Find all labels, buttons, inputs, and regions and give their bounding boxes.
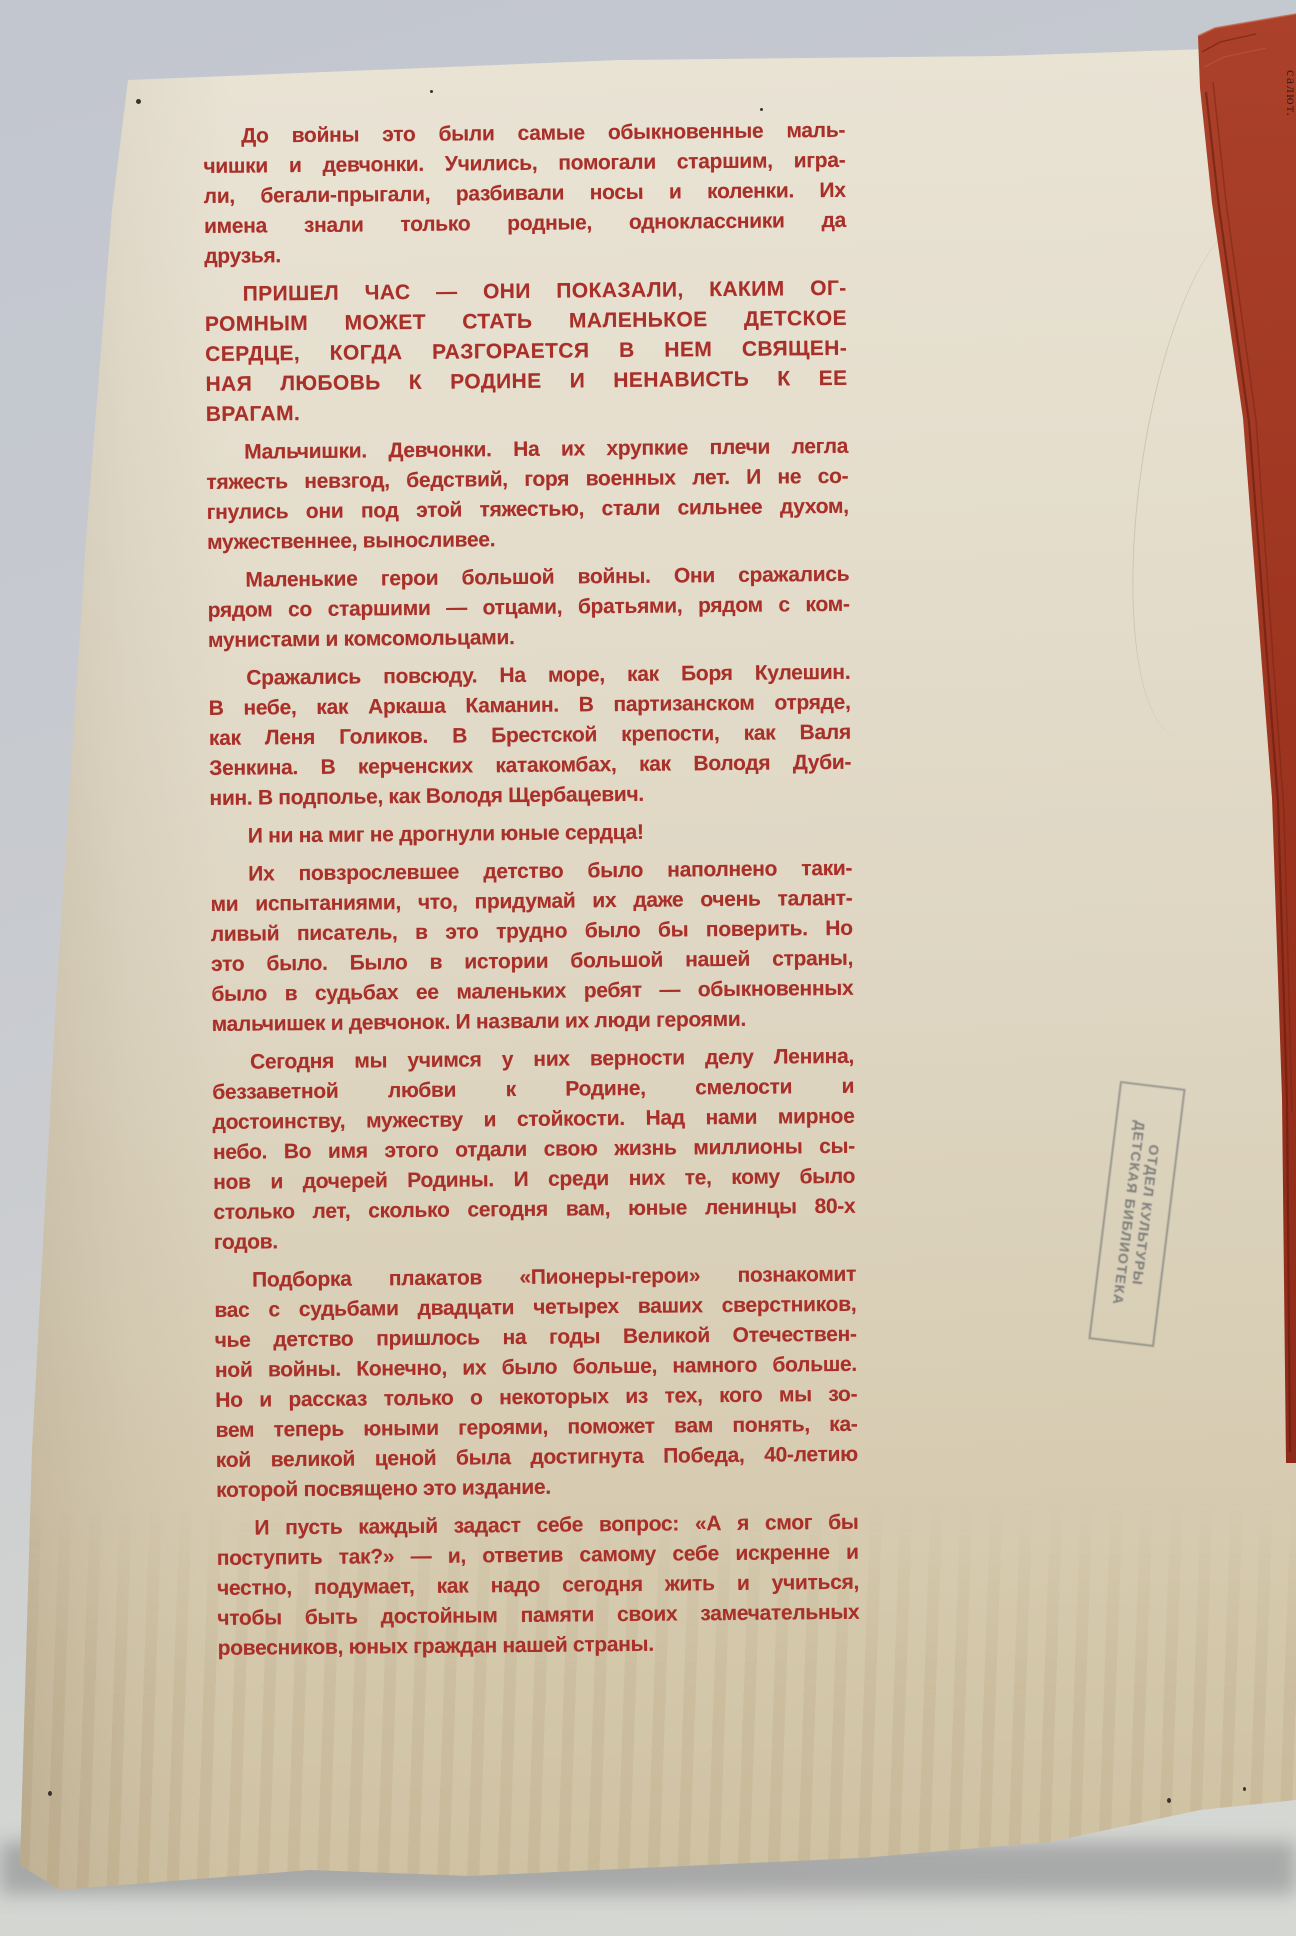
poster-stack-shape bbox=[1198, 14, 1296, 1463]
text-line: беззаветнойлюбвикРодине,смелостии bbox=[212, 1072, 854, 1108]
library-stamp: ОТДЕЛ КУЛЬТУРЫ ДЕТСКАЯ БИБЛИОТЕКА bbox=[1088, 1081, 1185, 1347]
text-line: мальчишек и девчонок. И назвали их люди … bbox=[212, 1004, 854, 1040]
text-line: рядомсостаршими—отцами,братьями,рядомско… bbox=[208, 590, 850, 626]
paragraph: Маленькиегероибольшойвойны.Онисражалисьр… bbox=[207, 560, 850, 656]
text-line: годов. bbox=[214, 1222, 856, 1258]
poster-page: Довойныэтобылисамыеобыкновенныемаль-чишк… bbox=[0, 0, 1296, 1936]
text-line: нин. В подполье, как Володя Щербацевич. bbox=[209, 778, 851, 814]
text-line: которой посвящено это издание. bbox=[216, 1470, 858, 1506]
photo-scene: Довойныэтобылисамыеобыкновенныемаль-чишк… bbox=[0, 0, 1296, 1936]
paragraph: Мальчишки.Девчонки.Наиххрупкиеплечилегла… bbox=[206, 432, 849, 558]
paragraph: Сражалисьповсюду.Наморе,какБоряКулешин.В… bbox=[208, 658, 851, 814]
text-line: СЕРДЦЕ,КОГДАРАЗГОРАЕТСЯВНЕМСВЯЩЕН- bbox=[205, 334, 847, 370]
text-line: мужественнее, выносливее. bbox=[207, 522, 849, 558]
paper-speck bbox=[1167, 1798, 1171, 1803]
paragraph: Ихповзрослевшеедетствобылонаполненотаки-… bbox=[210, 854, 854, 1040]
paragraph: И ни на миг не дрогнули юные сердца! bbox=[210, 816, 852, 852]
paper-speck bbox=[760, 108, 763, 111]
text-line: И ни на миг не дрогнули юные сердца! bbox=[210, 816, 852, 852]
paragraph: ПРИШЕЛЧАС—ОНИПОКАЗАЛИ,КАКИМОГ-РОМНЫММОЖЕ… bbox=[205, 274, 848, 430]
text-line: ровесников, юных граждан нашей страны. bbox=[218, 1628, 860, 1664]
text-line: мунистами и комсомольцами. bbox=[208, 620, 850, 656]
text-line: поступитьтак?»—и,ответивсамомусебеискрен… bbox=[217, 1538, 859, 1574]
text-line: именазналитолькородные,одноклассникида bbox=[204, 206, 846, 242]
paragraph: СегоднямыучимсяунихверностиделуЛенина,бе… bbox=[212, 1042, 856, 1258]
text-line: чьедетствопришлосьнагодыВеликойОтечестве… bbox=[215, 1320, 857, 1356]
text-line: ВРАГАМ. bbox=[206, 394, 848, 430]
paragraph: Подборкаплакатов«Пионеры-герои»познакоми… bbox=[214, 1260, 858, 1506]
stack-spine-label: салют. bbox=[1283, 70, 1296, 118]
poster-stack: салют. bbox=[1186, 12, 1296, 1472]
text-line: быловсудьбахеемаленькихребят—обыкновенны… bbox=[211, 974, 853, 1010]
paragraph: Довойныэтобылисамыеобыкновенныемаль-чишк… bbox=[203, 116, 846, 272]
paragraph: Ипустькаждыйзадастсебевопрос:«Аясмогбыпо… bbox=[216, 1508, 859, 1664]
text-line: друзья. bbox=[204, 236, 846, 272]
paper-speck bbox=[136, 99, 141, 104]
body-text: Довойныэтобылисамыеобыкновенныемаль-чишк… bbox=[203, 116, 860, 1672]
text-line: вемтеперьюнымигероями,поможетвампонять,к… bbox=[215, 1410, 857, 1446]
paper-speck bbox=[48, 1791, 52, 1796]
paper-speck bbox=[430, 90, 433, 93]
text-line: Зенкина.Вкерченскихкатакомбах,какВолодяД… bbox=[209, 748, 851, 784]
paper-speck bbox=[1243, 1787, 1246, 1791]
text-line: ливыйписатель,вэтотруднобылобыповерить.Н… bbox=[211, 914, 853, 950]
text-line: чтобыбытьдостойнымпамятисвоихзамечательн… bbox=[217, 1598, 859, 1634]
text-line: гнулисьониподэтойтяжестью,сталисильнееду… bbox=[207, 492, 849, 528]
text-line: стольколет,сколькосегоднявам,юныеленинцы… bbox=[213, 1192, 855, 1228]
